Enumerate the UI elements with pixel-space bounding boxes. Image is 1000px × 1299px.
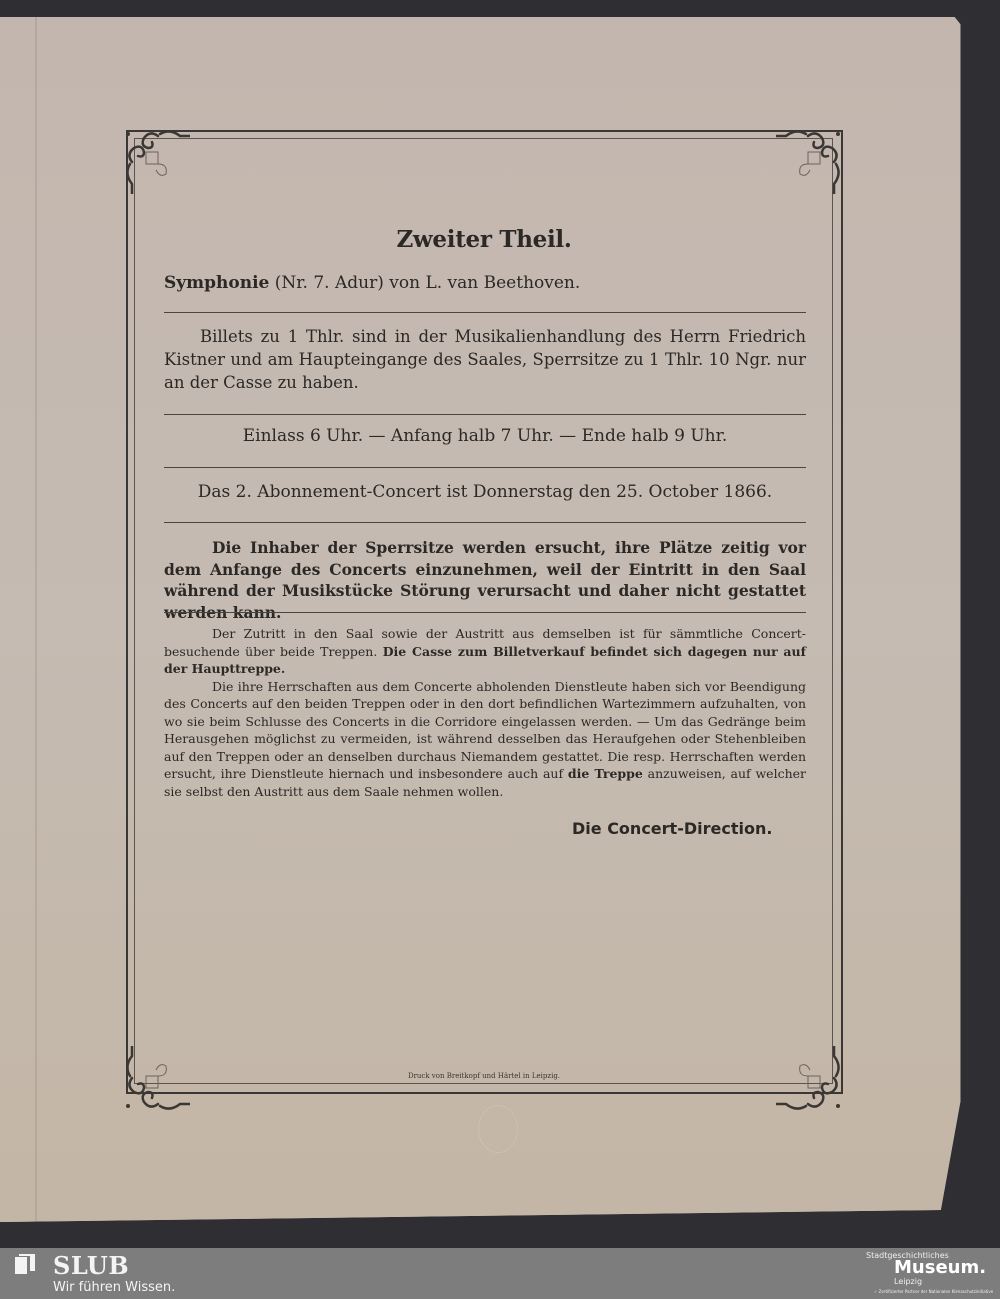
schedule-times: Einlass 6 Uhr. — Anfang halb 7 Uhr. — En… [164, 426, 806, 446]
next-concert-notice: Das 2. Abonnement-Concert ist Donnerstag… [164, 482, 806, 502]
embossed-stamp [478, 1105, 518, 1153]
access-rules: Der Zutritt in den Saal sowie der Austri… [164, 625, 806, 800]
symphony-label: Symphonie [164, 273, 269, 293]
corner-ornament-top-left-icon [120, 124, 190, 194]
divider [164, 312, 806, 313]
tickets-text: Billets zu 1 Thlr. sind in der Musikalie… [164, 325, 806, 394]
book-icon [13, 1253, 37, 1275]
tickets-paragraph: Billets zu 1 Thlr. sind in der Musikalie… [164, 325, 806, 394]
signature: Die Concert-Direction. [572, 819, 772, 838]
slub-logo-text[interactable]: SLUB [53, 1251, 129, 1280]
stair-emphasis: die Treppe [568, 766, 643, 781]
corner-ornament-bottom-left-icon [120, 1046, 190, 1116]
divider [164, 522, 806, 523]
printer-imprint: Druck von Breitkopf und Härtel in Leipzi… [0, 1072, 968, 1080]
divider [164, 612, 806, 613]
seat-holders-notice: Die Inhaber der Sperrsitze werden ersuch… [164, 537, 806, 623]
museum-certification: ✓ Zertifizierter Partner der Nationalen … [874, 1289, 993, 1294]
access-paragraph-2: Die ihre Herrschaften aus dem Concerte a… [164, 678, 806, 801]
divider [164, 414, 806, 415]
corner-ornament-top-right-icon [776, 124, 846, 194]
seat-holders-text: Die Inhaber der Sperrsitze werden ersuch… [164, 537, 806, 623]
page-fold-edge [35, 17, 37, 1222]
museum-logo-text[interactable]: Museum. [894, 1257, 986, 1278]
museum-city: Leipzig [894, 1277, 922, 1286]
symphony-details: (Nr. 7. Adur) von L. van Beethoven. [269, 273, 580, 293]
divider [164, 467, 806, 468]
symphony-line: Symphonie (Nr. 7. Adur) von L. van Beeth… [164, 270, 580, 296]
corner-ornament-bottom-right-icon [776, 1046, 846, 1116]
slub-tagline: Wir führen Wissen. [53, 1280, 175, 1295]
access-paragraph-1: Der Zutritt in den Saal sowie der Austri… [164, 625, 806, 678]
document-viewer: Zweiter Theil. Symphonie (Nr. 7. Adur) v… [0, 0, 1000, 1244]
section-title: Zweiter Theil. [0, 226, 968, 253]
